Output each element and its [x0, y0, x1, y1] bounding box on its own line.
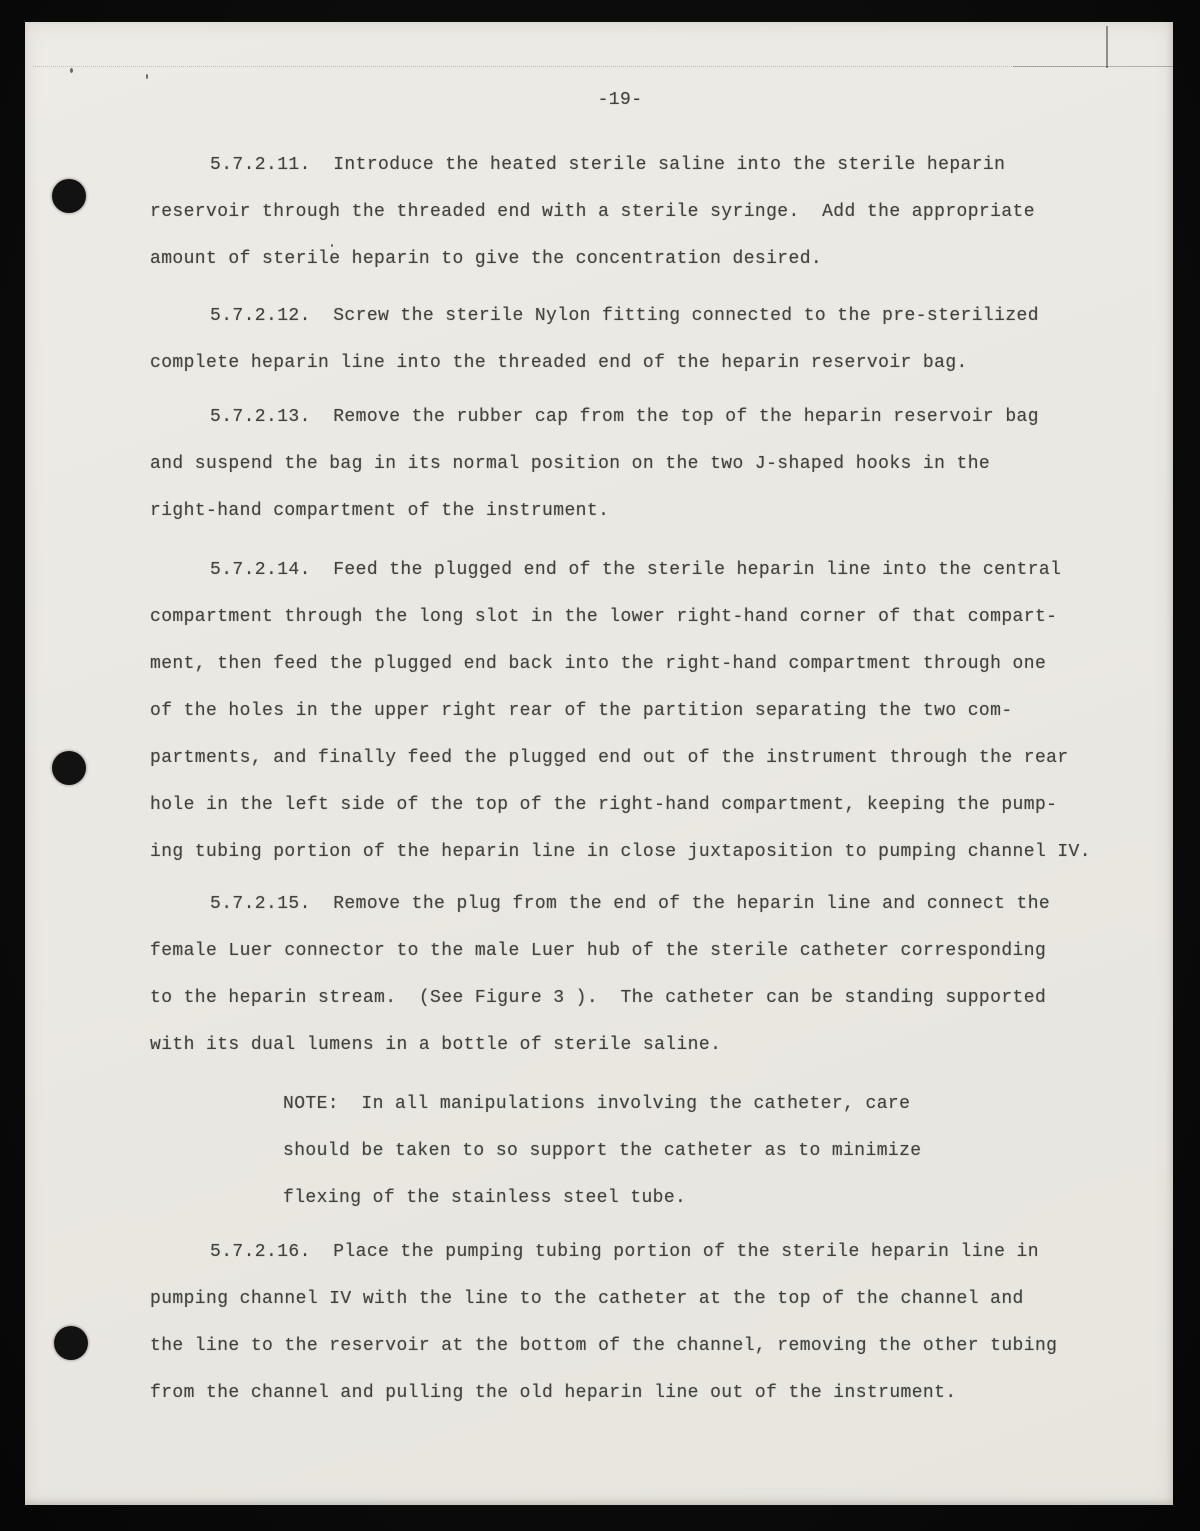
- text-line: ment, then feed the plugged end back int…: [150, 641, 1130, 688]
- section-5-7-2-15: 5.7.2.15. Remove the plug from the end o…: [150, 881, 1130, 1069]
- text-line: reservoir through the threaded end with …: [150, 189, 1130, 236]
- scan-speck: [70, 68, 73, 73]
- punch-hole-top: [52, 179, 86, 213]
- text-line: to the heparin stream. (See Figure 3 ). …: [150, 975, 1130, 1022]
- text-line: pumping channel IV with the line to the …: [150, 1276, 1130, 1323]
- text-line: ing tubing portion of the heparin line i…: [150, 829, 1130, 876]
- text-line: of the holes in the upper right rear of …: [150, 688, 1130, 735]
- text-line: with its dual lumens in a bottle of ster…: [150, 1022, 1130, 1069]
- text-line: 5.7.2.12. Screw the sterile Nylon fittin…: [150, 293, 1130, 340]
- section-5-7-2-13: 5.7.2.13. Remove the rubber cap from the…: [150, 394, 1130, 535]
- section-5-7-2-14: 5.7.2.14. Feed the plugged end of the st…: [150, 547, 1130, 876]
- scan-artifact-dotted-line: [33, 66, 1108, 67]
- text-line: 5.7.2.15. Remove the plug from the end o…: [150, 881, 1130, 928]
- text-line: the line to the reservoir at the bottom …: [150, 1323, 1130, 1370]
- text-line: 5.7.2.11. Introduce the heated sterile s…: [150, 142, 1130, 189]
- text-line: 5.7.2.14. Feed the plugged end of the st…: [150, 547, 1130, 594]
- text-line: complete heparin line into the threaded …: [150, 340, 1130, 387]
- corner-crop-mark-horizontal: [1013, 66, 1173, 67]
- punch-hole-bottom: [54, 1326, 88, 1360]
- text-line: and suspend the bag in its normal positi…: [150, 441, 1130, 488]
- text-line: amount of sterile heparin to give the co…: [150, 236, 1130, 283]
- section-5-7-2-12: 5.7.2.12. Screw the sterile Nylon fittin…: [150, 293, 1130, 387]
- text-line: hole in the left side of the top of the …: [150, 782, 1130, 829]
- text-line: from the channel and pulling the old hep…: [150, 1370, 1130, 1417]
- text-line: compartment through the long slot in the…: [150, 594, 1130, 641]
- text-line: should be taken to so support the cathet…: [283, 1128, 1043, 1175]
- text-line: 5.7.2.13. Remove the rubber cap from the…: [150, 394, 1130, 441]
- section-5-7-2-11: 5.7.2.11. Introduce the heated sterile s…: [150, 142, 1130, 283]
- document-page: -19- 5.7.2.11. Introduce the heated ster…: [25, 22, 1173, 1505]
- corner-crop-mark-vertical: [1106, 26, 1108, 68]
- section-5-7-2-16: 5.7.2.16. Place the pumping tubing porti…: [150, 1229, 1130, 1417]
- text-line: flexing of the stainless steel tube.: [283, 1175, 1043, 1222]
- punch-hole-middle: [52, 751, 86, 785]
- text-line: 5.7.2.16. Place the pumping tubing porti…: [150, 1229, 1130, 1276]
- text-line: partments, and finally feed the plugged …: [150, 735, 1130, 782]
- text-line: right-hand compartment of the instrument…: [150, 488, 1130, 535]
- text-line: NOTE: In all manipulations involving the…: [283, 1081, 1043, 1128]
- text-line: female Luer connector to the male Luer h…: [150, 928, 1130, 975]
- note-block: NOTE: In all manipulations involving the…: [283, 1081, 1043, 1222]
- page-number: -19-: [46, 77, 1194, 124]
